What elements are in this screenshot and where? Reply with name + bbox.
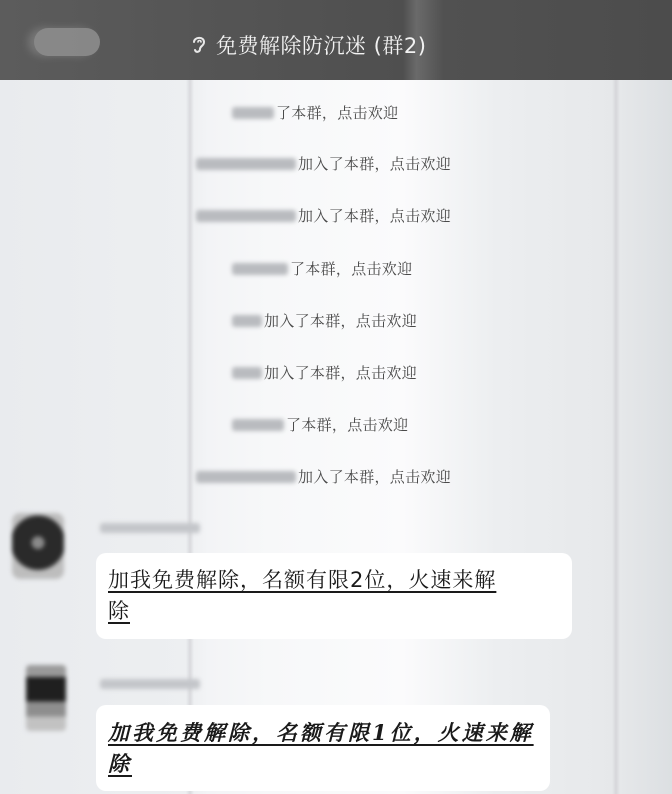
system-message-text: 加入了本群，点击欢迎 <box>298 205 451 226</box>
system-message-text: 加入了本群，点击欢迎 <box>298 466 451 487</box>
system-message-text: 加入了本群，点击欢迎 <box>264 362 417 383</box>
system-message-text: 了本群，点击欢迎 <box>276 102 398 123</box>
blurred-username <box>196 210 296 222</box>
chat-title: 免费解除防沉迷 (群2) <box>216 30 426 60</box>
blurred-username <box>232 107 274 119</box>
message-line-1: 加我免费解除，名额有限2位，火速来解 <box>108 568 496 592</box>
chat-header: 免费解除防沉迷 (群2) <box>0 0 672 80</box>
sender-name <box>100 523 200 533</box>
system-message-text: 了本群，点击欢迎 <box>286 414 408 435</box>
system-message-text: 加入了本群，点击欢迎 <box>264 310 417 331</box>
message-bubble[interactable]: 加我免费解除，名额有限2位，火速来解 除 <box>96 553 572 639</box>
ear-icon <box>190 34 208 56</box>
system-message[interactable]: 了本群，点击欢迎 <box>232 102 398 123</box>
system-message[interactable]: 加入了本群，点击欢迎 <box>232 310 417 331</box>
message-text: 加我免费解除，名额有限2位，火速来解 除 <box>108 565 556 627</box>
system-message[interactable]: 加入了本群，点击欢迎 <box>232 362 417 383</box>
system-message-text: 了本群，点击欢迎 <box>290 258 412 279</box>
message-line-2: 除 <box>108 599 130 623</box>
message-line-1: 加我免费解除，名额有限1位，火速来解 <box>108 720 534 745</box>
blurred-username <box>232 315 262 327</box>
chat-title-area[interactable]: 免费解除防沉迷 (群2) <box>190 28 426 62</box>
sender-name <box>100 679 200 689</box>
system-message[interactable]: 了本群，点击欢迎 <box>232 414 408 435</box>
system-message[interactable]: 加入了本群，点击欢迎 <box>196 466 451 487</box>
message-text: 加我免费解除，名额有限1位，火速来解 除 <box>108 717 534 779</box>
message-row: 加我免费解除，名额有限1位，火速来解 除 <box>0 655 672 794</box>
blurred-username <box>196 471 296 483</box>
message-row: 加我免费解除，名额有限2位，火速来解 除 <box>0 505 672 645</box>
blurred-username <box>232 419 284 431</box>
system-message[interactable]: 加入了本群，点击欢迎 <box>196 205 451 226</box>
back-button[interactable] <box>34 28 100 56</box>
message-bubble[interactable]: 加我免费解除，名额有限1位，火速来解 除 <box>96 705 550 791</box>
system-message[interactable]: 加入了本群，点击欢迎 <box>196 153 451 174</box>
blurred-username <box>196 158 296 170</box>
avatar[interactable] <box>12 513 64 579</box>
message-line-2: 除 <box>108 751 132 776</box>
system-message-text: 加入了本群，点击欢迎 <box>298 153 451 174</box>
blurred-username <box>232 263 288 275</box>
system-message[interactable]: 了本群，点击欢迎 <box>232 258 412 279</box>
avatar[interactable] <box>26 665 66 731</box>
blurred-username <box>232 367 262 379</box>
